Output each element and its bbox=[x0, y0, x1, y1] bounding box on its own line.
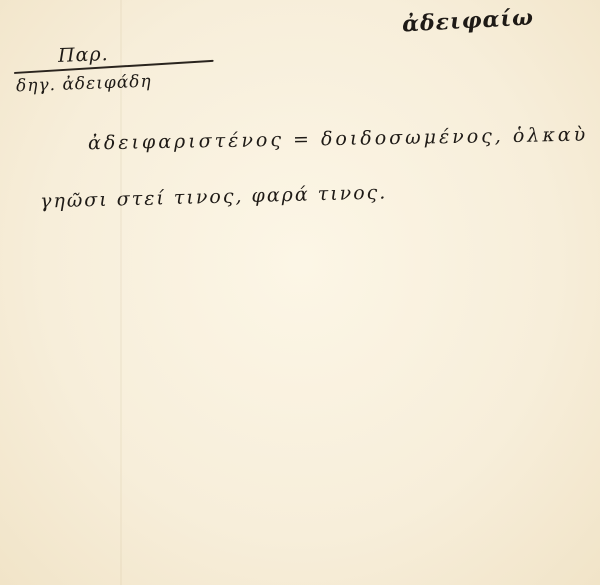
source-reference: δηγ. ἀδειφάδη bbox=[16, 72, 152, 97]
headword: ἀδειφαίω bbox=[401, 5, 534, 38]
category-label: Παρ. bbox=[58, 43, 109, 67]
definition-line-1: ἀδειφαριστένος = δοιδοσωμένος, ὁλκαὺ bbox=[88, 124, 589, 155]
underline-divider bbox=[14, 60, 214, 74]
definition-line-2: γηῶσι στεί τινος, φαρά τινος. bbox=[40, 181, 388, 212]
paper-slip: ἀδειφαίω Παρ. δηγ. ἀδειφάδη ἀδειφαριστέν… bbox=[0, 0, 600, 585]
